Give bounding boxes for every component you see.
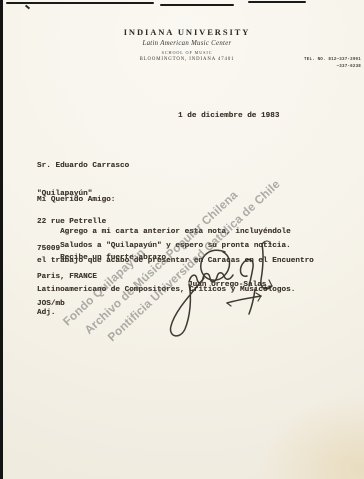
- enclosure-line: Adj.: [37, 309, 55, 317]
- scan-speck: [25, 5, 30, 10]
- date-line: 1 de diciembre de 1983: [178, 112, 280, 120]
- scan-edge-left: [0, 0, 3, 479]
- telephone-line-1: TEL. NO. 812—337-2991: [304, 57, 361, 64]
- telephone-line-2: —337-6238: [304, 64, 361, 71]
- music-center-name: Latin American Music Center: [10, 40, 364, 47]
- salutation: Mi Querido Amigo:: [37, 196, 115, 204]
- typed-signature-name: Juan Orrego-Salas: [188, 281, 266, 289]
- handwritten-signature-scribble: [153, 236, 343, 348]
- typist-initials-line: JOS/mb: [37, 300, 65, 308]
- recipient-line: Sr. Eduardo Carrasco: [37, 162, 129, 171]
- telephone-block: TEL. NO. 812—337-2991 —337-6238: [304, 57, 361, 70]
- scanned-letter-page: INDIANA UNIVERSITY Latin American Music …: [0, 0, 364, 479]
- university-name: INDIANA UNIVERSITY: [10, 27, 364, 37]
- scan-topline-segment: [248, 1, 306, 3]
- scan-topline-segment: [160, 4, 234, 6]
- school-line: SCHOOL OF MUSIC: [10, 50, 364, 55]
- body-paragraph-3: Recibe un fuerte abrazo.: [37, 254, 171, 262]
- scan-topline-segment: [6, 2, 154, 4]
